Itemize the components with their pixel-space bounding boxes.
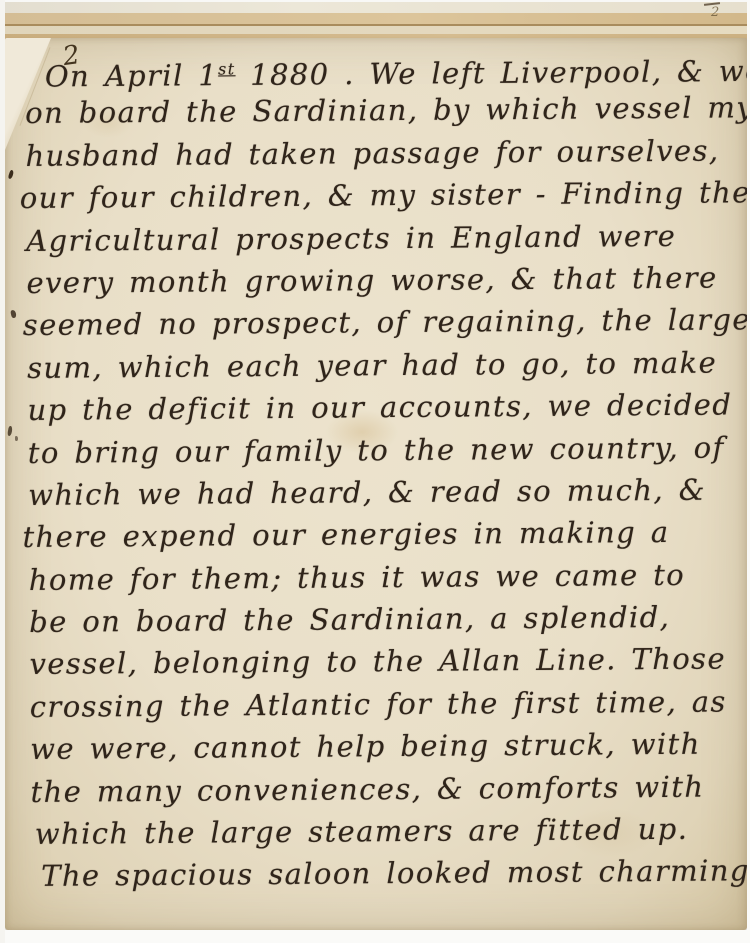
page-edge-band <box>0 2 750 13</box>
manuscript-line: crossing the Atlantic for the first time… <box>24 680 744 728</box>
manuscript-line: our four children, & my sister - Finding… <box>20 172 740 220</box>
photo-border <box>0 930 750 943</box>
manuscript-line: home for them; thus it was we came to <box>23 553 743 601</box>
manuscript-line: up the deficit in our accounts, we decid… <box>21 383 741 431</box>
manuscript-photo: 2 2 On April 1st 1880 . We left Liverpoo… <box>0 0 750 943</box>
ink-speck <box>7 426 13 437</box>
manuscript-line: on board the Sardinian, by which vessel … <box>19 87 739 135</box>
manuscript-line: On April 1st 1880 . We left Liverpool, &… <box>19 44 739 92</box>
photo-border <box>0 0 5 943</box>
page-edge-stack: 2 <box>0 0 750 40</box>
diary-page: 2 On April 1st 1880 . We left Liverpool,… <box>5 38 747 930</box>
manuscript-line: sum, which each year had to go, to make <box>21 341 741 389</box>
ink-speck <box>8 170 15 180</box>
ink-speck <box>15 436 18 441</box>
manuscript-line: vessel, belonging to the Allan Line. Tho… <box>23 638 743 686</box>
manuscript-line: husband had taken passage for ourselves, <box>19 129 739 177</box>
manuscript-line: which we had heard, & read so much, & <box>22 468 742 516</box>
manuscript-line: The spacious saloon looked most charming <box>25 850 745 898</box>
manuscript-line: seemed no prospect, of regaining, the la… <box>21 299 741 347</box>
manuscript-line: every month growing worse, & that there <box>20 256 740 304</box>
manuscript-line: to bring our family to the new country, … <box>22 426 742 474</box>
page-edge-band <box>0 13 750 24</box>
manuscript-line: which the large steamers are fitted up. <box>25 807 745 855</box>
ink-speck <box>10 310 17 319</box>
manuscript-line: Agricultural prospects in England were <box>20 214 740 262</box>
manuscript-line: there expend our energies in making a <box>22 511 742 559</box>
manuscript-line: be on board the Sardinian, a splendid, <box>23 595 743 643</box>
page-number-top-right: 2 <box>711 5 719 20</box>
page-edge-band <box>0 26 750 34</box>
manuscript-line: the many conveniences, & comforts with <box>24 765 744 813</box>
manuscript-line: we were, cannot help being struck, with <box>24 723 744 771</box>
manuscript-text: On April 1st 1880 . We left Liverpool, &… <box>19 44 746 897</box>
